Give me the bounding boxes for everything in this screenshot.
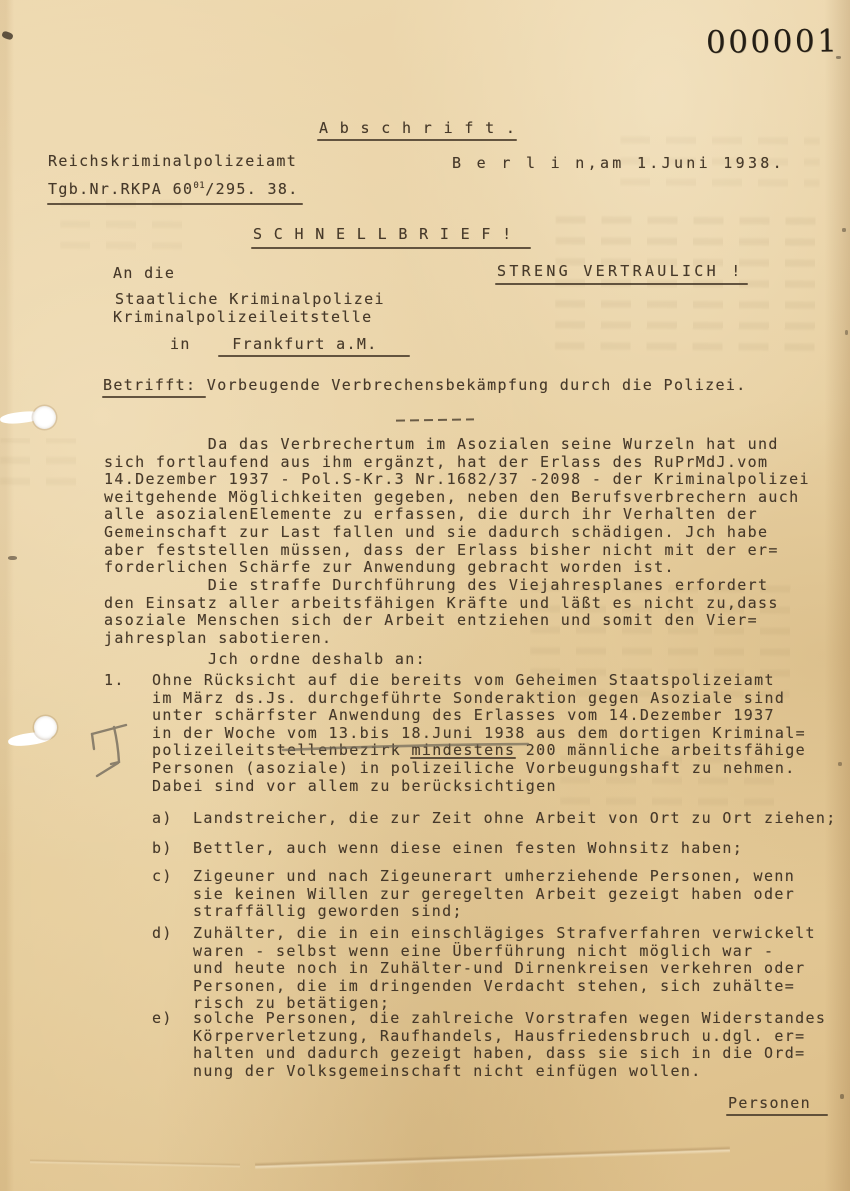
pencil-margin-mark <box>0 0 850 1191</box>
scanned-document-page: 000001 A b s c h r i f t . Reichskrimina… <box>0 0 850 1191</box>
pencil-underline-date <box>283 744 528 750</box>
